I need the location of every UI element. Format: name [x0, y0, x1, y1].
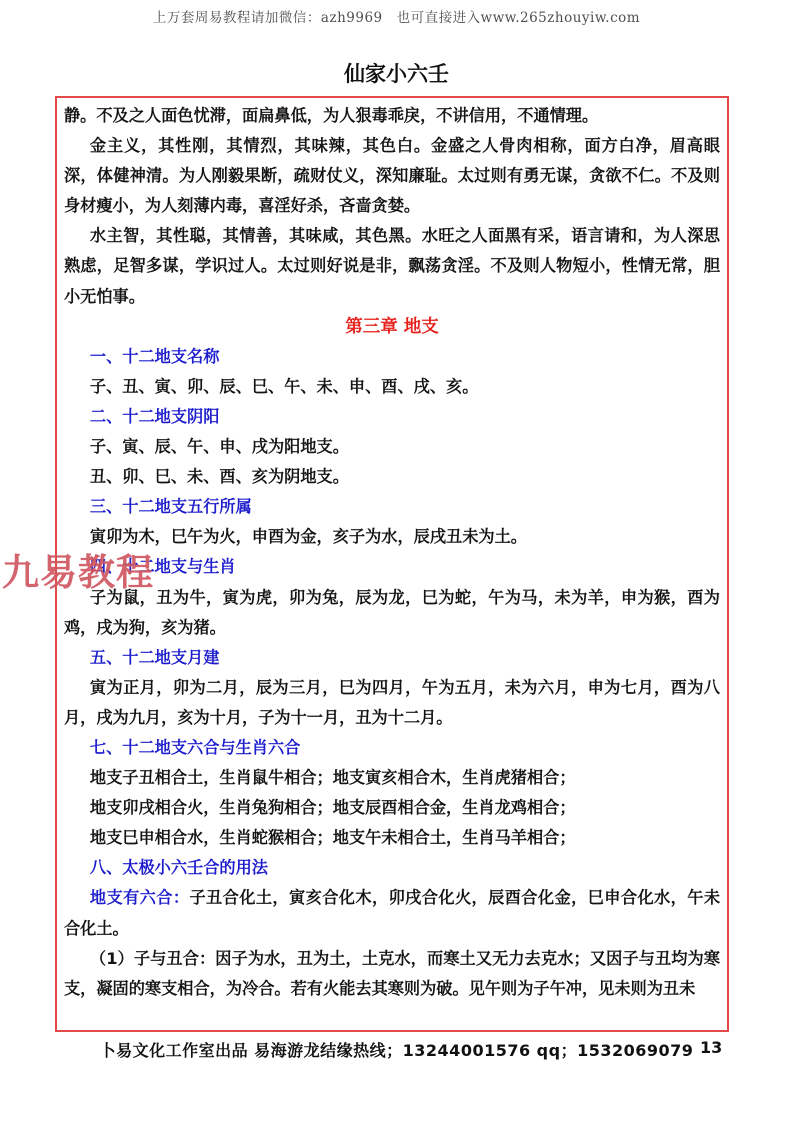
body-paragraph: 水主智，其性聪，其情善，其味咸，其色黑。水旺之人面黑有采，语言请和，为人深思熟虑…	[64, 221, 720, 311]
text-run: 金主义，其性刚，其情烈，其味辣，其色白。金盛之人骨肉相称，面方白净，眉高眼深，体…	[64, 136, 720, 215]
chapter-heading: 第三章 地支	[64, 312, 720, 342]
page-number: 13	[700, 1038, 722, 1057]
text-run: 三、十二地支五行所属	[90, 497, 252, 516]
body-paragraph: 子、寅、辰、午、申、戌为阳地支。	[64, 432, 720, 462]
text-run: 二、十二地支阴阳	[90, 407, 220, 426]
content-box: 静。不及之人面色忧滞，面扁鼻低，为人狠毒乖戾，不讲信用，不通情理。金主义，其性刚…	[55, 96, 729, 1032]
watermark: 九易教程	[2, 542, 154, 596]
text-run: 地支子丑相合土，生肖鼠牛相合；地支寅亥相合木，生肖虎猪相合；	[90, 768, 576, 787]
text-run: 地支有六合：	[90, 888, 190, 907]
text-run: 八、太极小六壬合的用法	[90, 858, 268, 877]
header-notice: 上万套周易教程请加微信：azh9969 也可直接进入www.265zhouyiw…	[0, 6, 793, 26]
content-blocks: 静。不及之人面色忧滞，面扁鼻低，为人狠毒乖戾，不讲信用，不通情理。金主义，其性刚…	[64, 101, 720, 1004]
body-paragraph: 地支有六合：子丑合化土，寅亥合化木，卯戌合化火，辰酉合化金，巳申合化水，午未合化…	[64, 883, 720, 943]
body-paragraph: 子、丑、寅、卯、辰、巳、午、未、申、酉、戌、亥。	[64, 372, 720, 402]
section-heading: 五、十二地支月建	[64, 643, 720, 673]
body-paragraph: 丑、卯、巳、未、酉、亥为阴地支。	[64, 462, 720, 492]
section-heading: 二、十二地支阴阳	[64, 402, 720, 432]
text-run: 静。不及之人面色忧滞，面扁鼻低，为人狠毒乖戾，不讲信用，不通情理。	[64, 106, 598, 125]
footer-text: 卜易文化工作室出品 易海游龙结缘热线；13244001576 qq；153206…	[0, 1038, 793, 1061]
body-paragraph: （1）子与丑合：因子为水，丑为土，土克水，而寒土又无力去克水；又因子与丑均为寒支…	[64, 944, 720, 1004]
body-paragraph: 地支子丑相合土，生肖鼠牛相合；地支寅亥相合木，生肖虎猪相合；	[64, 763, 720, 793]
text-run: （1）子与丑合：因子为水，丑为土，土克水，而寒土又无力去克水；又因子与丑均为寒支…	[64, 949, 720, 998]
text-run: 水主智，其性聪，其情善，其味咸，其色黑。水旺之人面黑有采，语言请和，为人深思熟虑…	[64, 226, 720, 305]
text-run: 丑、卯、巳、未、酉、亥为阴地支。	[90, 467, 349, 486]
body-paragraph: 寅为正月，卯为二月，辰为三月，巳为四月，午为五月，未为六月，申为七月，酉为八月，…	[64, 673, 720, 733]
section-heading: 四、十二地支与生肖	[64, 552, 720, 582]
document-page: { "page": { "header_notice": "上万套周易教程请加微…	[0, 0, 793, 1123]
text-run: 一、十二地支名称	[90, 347, 220, 366]
text-run: 第三章 地支	[345, 317, 439, 337]
text-run: 子、丑、寅、卯、辰、巳、午、未、申、酉、戌、亥。	[90, 377, 479, 396]
body-paragraph: 地支卯戌相合火，生肖兔狗相合；地支辰酉相合金，生肖龙鸡相合；	[64, 793, 720, 823]
text-run: 地支卯戌相合火，生肖兔狗相合；地支辰酉相合金，生肖龙鸡相合；	[90, 798, 576, 817]
body-paragraph: 金主义，其性刚，其情烈，其味辣，其色白。金盛之人骨肉相称，面方白净，眉高眼深，体…	[64, 131, 720, 221]
body-paragraph: 地支巳申相合水，生肖蛇猴相合；地支午未相合土，生肖马羊相合；	[64, 823, 720, 853]
body-paragraph: 子为鼠，丑为牛，寅为虎，卯为兔，辰为龙，巳为蛇，午为马，未为羊，申为猴，酉为鸡，…	[64, 583, 720, 643]
section-heading: 一、十二地支名称	[64, 342, 720, 372]
text-run: 七、十二地支六合与生肖六合	[90, 738, 300, 757]
text-run: 子为鼠，丑为牛，寅为虎，卯为兔，辰为龙，巳为蛇，午为马，未为羊，申为猴，酉为鸡，…	[64, 588, 720, 637]
section-heading: 八、太极小六壬合的用法	[64, 853, 720, 883]
text-run: 五、十二地支月建	[90, 648, 220, 667]
body-paragraph: 静。不及之人面色忧滞，面扁鼻低，为人狠毒乖戾，不讲信用，不通情理。	[64, 101, 720, 131]
body-paragraph: 寅卯为木，巳午为火，申酉为金，亥子为水，辰戌丑未为土。	[64, 522, 720, 552]
section-heading: 三、十二地支五行所属	[64, 492, 720, 522]
text-run: 地支巳申相合水，生肖蛇猴相合；地支午未相合土，生肖马羊相合；	[90, 828, 576, 847]
section-heading: 七、十二地支六合与生肖六合	[64, 733, 720, 763]
page-title: 仙家小六壬	[0, 58, 793, 88]
page-footer: 卜易文化工作室出品 易海游龙结缘热线；13244001576 qq；153206…	[0, 1038, 793, 1064]
text-run: 寅为正月，卯为二月，辰为三月，巳为四月，午为五月，未为六月，申为七月，酉为八月，…	[64, 678, 720, 727]
text-run: 子、寅、辰、午、申、戌为阳地支。	[90, 437, 349, 456]
text-run: 寅卯为木，巳午为火，申酉为金，亥子为水，辰戌丑未为土。	[90, 527, 527, 546]
